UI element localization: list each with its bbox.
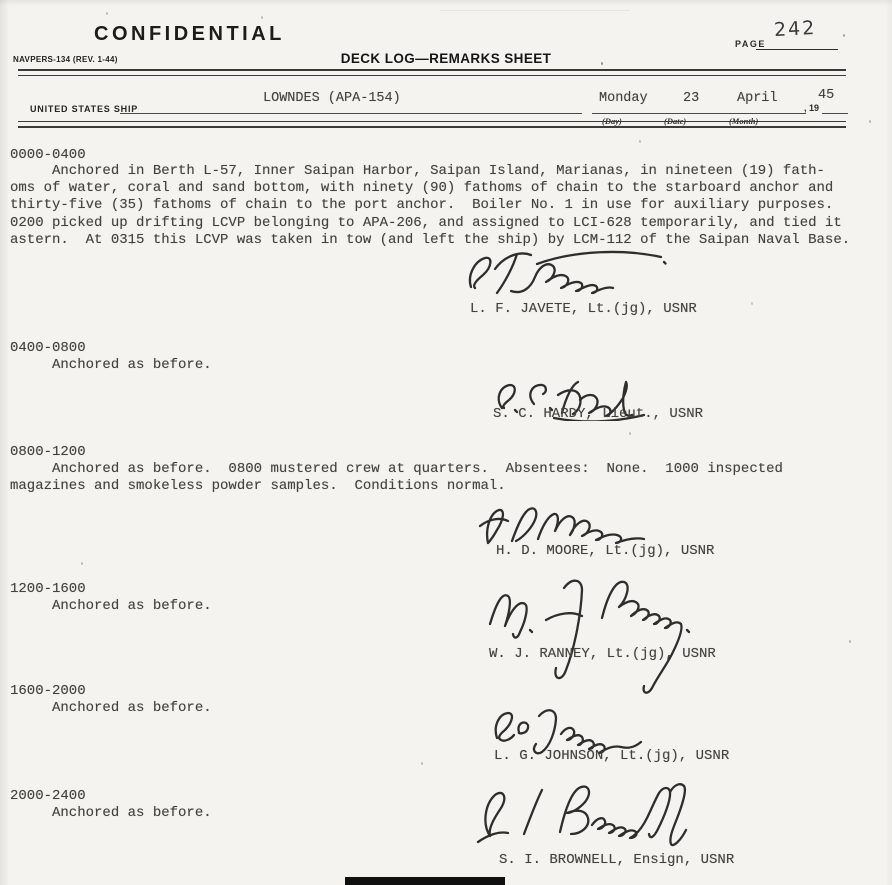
header-divider-top bbox=[18, 69, 846, 76]
page-label: PAGE bbox=[735, 39, 766, 49]
watch-period-0800-1200: 0800-1200 bbox=[10, 444, 86, 460]
page-number-underline bbox=[756, 49, 838, 50]
signed-name: S. C. HARDY, Lieut., USNR bbox=[493, 406, 703, 422]
log-entry-text: Anchored as before. bbox=[10, 357, 212, 374]
scan-streak bbox=[440, 10, 630, 11]
ship-name: LOWNDES (APA-154) bbox=[263, 91, 401, 106]
signed-name: S. I. BROWNELL, Ensign, USNR bbox=[499, 852, 734, 868]
log-entry-text: Anchored as before. bbox=[10, 805, 212, 822]
log-entry-text: Anchored as before. 0800 mustered crew a… bbox=[10, 461, 783, 495]
year-underline bbox=[822, 113, 848, 114]
ship-name-underline bbox=[120, 113, 582, 114]
javete-signature bbox=[465, 249, 670, 299]
log-entry-text: Anchored as before. bbox=[10, 700, 212, 717]
signed-name: H. D. MOORE, Lt.(jg), USNR bbox=[496, 543, 714, 559]
watch-period-2000-2400: 2000-2400 bbox=[10, 788, 86, 804]
sheet-title: DECK LOG—REMARKS SHEET bbox=[0, 51, 892, 66]
scan-bottom-bar bbox=[345, 877, 505, 885]
watch-period-0000-0400: 0000-0400 bbox=[10, 147, 86, 163]
date-underline bbox=[592, 113, 806, 114]
signed-name: W. J. RANNEY, Lt.(jg), USNR bbox=[489, 646, 716, 662]
watch-period-1600-2000: 1600-2000 bbox=[10, 683, 86, 699]
log-day: Monday bbox=[599, 91, 648, 106]
brownell-signature bbox=[472, 780, 704, 854]
log-entry-text: Anchored as before. bbox=[10, 598, 212, 615]
log-year: 45 bbox=[818, 88, 834, 103]
ranney-signature bbox=[480, 572, 712, 697]
year-prefix: , 19 bbox=[804, 103, 819, 113]
deck-log-page: CONFIDENTIAL PAGE 242 NAVPERS-134 (REV. … bbox=[0, 0, 892, 885]
signed-name: L. F. JAVETE, Lt.(jg), USNR bbox=[470, 301, 697, 317]
signed-name: L. G. JOHNSON, Lt.(jg), USNR bbox=[494, 748, 729, 764]
watch-period-1200-1600: 1200-1600 bbox=[10, 581, 86, 597]
classification-stamp: CONFIDENTIAL bbox=[94, 23, 285, 46]
log-date: 23 bbox=[683, 91, 699, 106]
watch-period-0400-0800: 0400-0800 bbox=[10, 340, 86, 356]
scan-specks bbox=[601, 62, 603, 65]
header-divider-bottom bbox=[18, 121, 846, 128]
handwritten-page-number: 242 bbox=[773, 17, 816, 41]
log-month: April bbox=[737, 91, 778, 106]
log-entry-text: Anchored in Berth L-57, Inner Saipan Har… bbox=[10, 163, 850, 249]
